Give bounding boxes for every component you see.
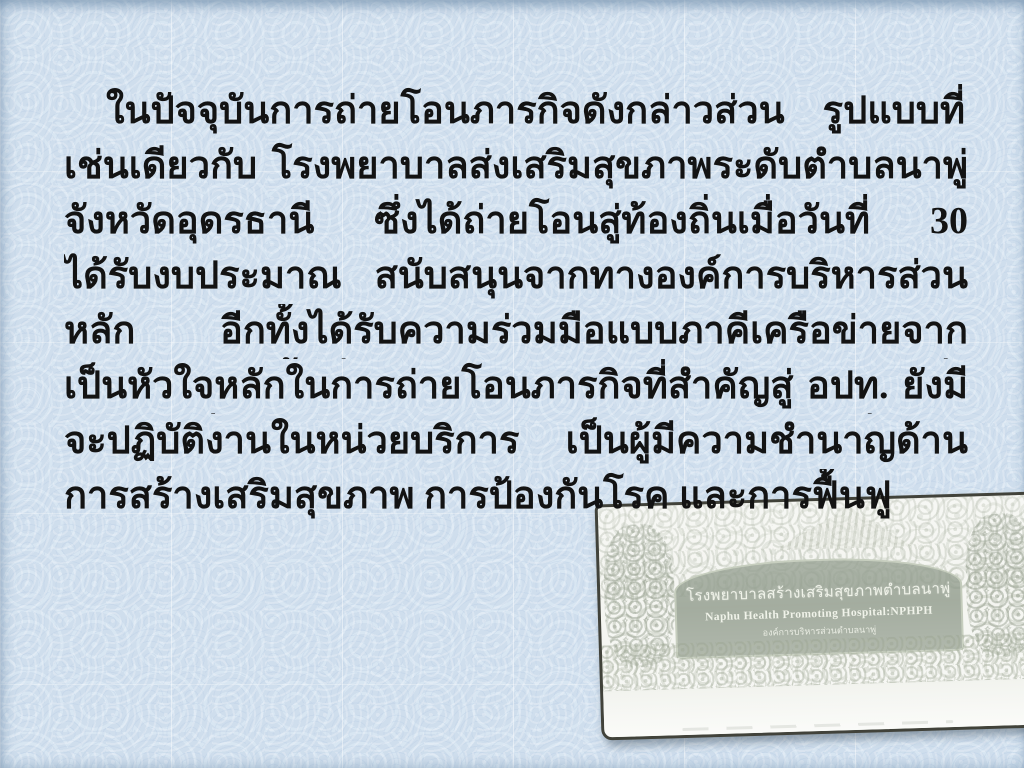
paragraph-line-1: ในปัจจุบันการถ่ายโอนภารกิจดังกล่าวส่วนให… <box>64 84 968 139</box>
body-text: ในปัจจุบันการถ่ายโอนภารกิจดังกล่าวส่วนให… <box>64 84 968 524</box>
paragraph-line-7: จะปฏิบัติงานในหน่วยบริการ เป็นผู้มีความช… <box>64 414 968 469</box>
paragraph-line-2: เช่นเดียวกับ โรงพยาบาลส่งเสริมสุขภาพระดั… <box>64 139 968 194</box>
paragraph-line-6: เป็นหัวใจหลักในการถ่ายโอนภารกิจที่สำคัญส… <box>64 359 968 414</box>
slide-background: โรงพยาบาลสร้างเสริมสุขภาพตำบลนาพู่ Naphu… <box>0 0 1024 768</box>
paragraph-line-1-right: รูปแบบที่ 1 <box>823 84 968 139</box>
paragraph-line-5: หลัก อีกทั้งได้รับความร่วมมือแบบภาคีเครื… <box>64 304 968 359</box>
paragraph-line-3: จังหวัดอุดรธานี ซึ่งได้ถ่ายโอนสู่ท้องถิ่… <box>64 194 968 249</box>
ground-streaks <box>683 720 953 731</box>
sign-title-thai: โรงพยาบาลสร้างเสริมสุขภาพตำบลนาพู่ <box>686 576 951 608</box>
paragraph-line-1-left: ในปัจจุบันการถ่ายโอนภารกิจดังกล่าวส่วนให… <box>106 84 823 139</box>
paragraph-line-4: ได้รับงบประมาณ สนับสนุนจากทางองค์การบริห… <box>64 249 968 304</box>
hospital-photo: โรงพยาบาลสร้างเสริมสุขภาพตำบลนาพู่ Naphu… <box>595 491 1024 740</box>
sign-title-english: Naphu Health Promoting Hospital:NPHPH <box>705 604 933 623</box>
paragraph-line-8: การสร้างเสริมสุขภาพ การป้องกันโรค และการ… <box>64 469 968 524</box>
